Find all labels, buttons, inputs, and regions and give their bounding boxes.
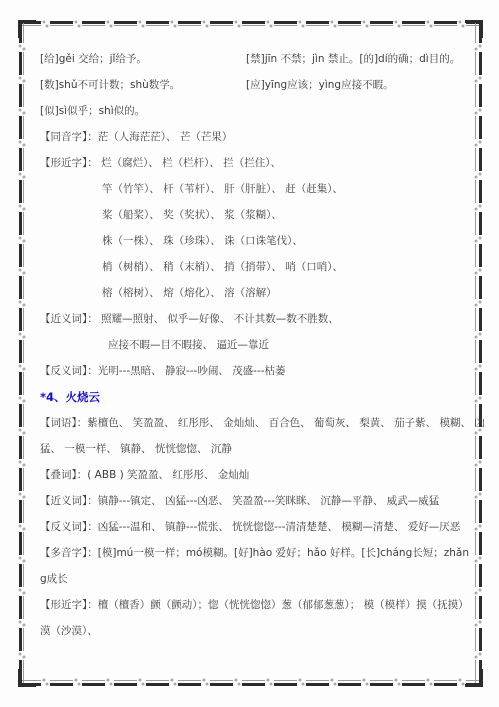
polyphone-left: [数]shǔ不可计数；shù数学。 — [40, 78, 246, 93]
polyphone-note-line: g成长 — [40, 572, 460, 587]
polyphone-row: [给]gěi 交给；jǐ给予。 [禁]jīn 不禁；jìn 禁止。[的]dí的确… — [40, 52, 460, 67]
words-line: 【词语】：紫檀色、 笑盈盈、 红彤彤、 金灿灿、 百合色、 葡萄灰、 梨黄、 茄… — [40, 416, 460, 431]
similar-chars2-line: 【形近字】：檀（檀香）颤（颤动）；惚（恍恍惚惚）葱（郁郁葱葱）； 模（模样）摸（… — [40, 598, 460, 613]
similar-chars-label-line: 【形近字】： 烂（腐烂）、 栏（栏杆）、 拦（拦住）、 — [40, 156, 460, 171]
similar-chars-line: 竿（竹竿）、 杆（苇杆）、 肝（肝脏）、 赶（赶集）、 — [40, 182, 460, 197]
antonyms-line: 【反义词】：光明---黑暗、 静寂---吵闹、 茂盛---枯萎 — [40, 364, 460, 379]
similar-chars-line: 梢（树梢）、 稍（末梢）、 捎（捎带）、 哨（口哨）、 — [40, 260, 460, 275]
homophones-line: 【同音字】：茫（人海茫茫）、 芒（芒果） — [40, 130, 460, 145]
border-top-edge — [18, 20, 483, 29]
polyphone-right: [应]yīng应该；yìng应接不暇。 — [246, 78, 460, 93]
polyphone-note-line: 【多音字】：[模]mú一模一样；mó模糊。[好]hào 爱好；hǎo 好样。[长… — [40, 546, 460, 561]
similar-chars-line: 株（一株）、 珠（珍珠）、 诛（口诛笔伐）、 — [40, 234, 460, 249]
similar-chars-line: 榕（榕树）、 熔（熔化）、 溶（溶解） — [40, 286, 460, 301]
border-corner-top-left — [18, 20, 36, 38]
synonyms-line: 【近义词】：镇静---镇定、 凶猛---凶恶、 笑盈盈---笑眯眯、 沉静—平静… — [40, 494, 460, 509]
polyphone-row: [数]shǔ不可计数；shù数学。 [应]yīng应该；yìng应接不暇。 — [40, 78, 460, 93]
section-heading: *4、火烧云 — [40, 390, 460, 405]
reduplication-line: 【叠词】：( ABB ) 笑盈盈、 红彤彤、 金灿灿 — [40, 468, 460, 483]
synonyms-cont-line: 应接不暇—目不暇接、 逼近—靠近 — [40, 338, 460, 353]
polyphone-row: [似]sì似乎；shì似的。 — [40, 104, 460, 119]
document-page: [给]gěi 交给；jǐ给予。 [禁]jīn 不禁；jìn 禁止。[的]dí的确… — [0, 0, 499, 707]
antonyms-line: 【反义词】：凶猛---温和、 镇静---慌张、 恍恍惚惚---清清楚楚、 模糊—… — [40, 520, 460, 535]
border-right-edge — [474, 20, 483, 687]
words-line: 猛、 一模一样、 镇静、 恍恍惚惚、 沉静 — [40, 442, 460, 457]
polyphone-right: [禁]jīn 不禁；jìn 禁止。[的]dí的确；dì目的。 — [246, 52, 460, 67]
border-corner-bottom-left — [18, 669, 36, 687]
border-bottom-edge — [18, 678, 483, 687]
border-left-edge — [18, 20, 27, 687]
document-content: [给]gěi 交给；jǐ给予。 [禁]jīn 不禁；jìn 禁止。[的]dí的确… — [40, 52, 460, 650]
border-corner-top-right — [465, 20, 483, 38]
synonyms-label-line: 【近义词】： 照耀—照射、 似乎—好像、 不计其数—数不胜数、 — [40, 312, 460, 327]
similar-chars-line: 桨（船桨）、 奖（奖状）、 浆（浆糊）、 — [40, 208, 460, 223]
border-corner-bottom-right — [465, 669, 483, 687]
similar-chars2-line: 漠（沙漠）、 — [40, 624, 460, 639]
polyphone-left: [给]gěi 交给；jǐ给予。 — [40, 52, 246, 67]
